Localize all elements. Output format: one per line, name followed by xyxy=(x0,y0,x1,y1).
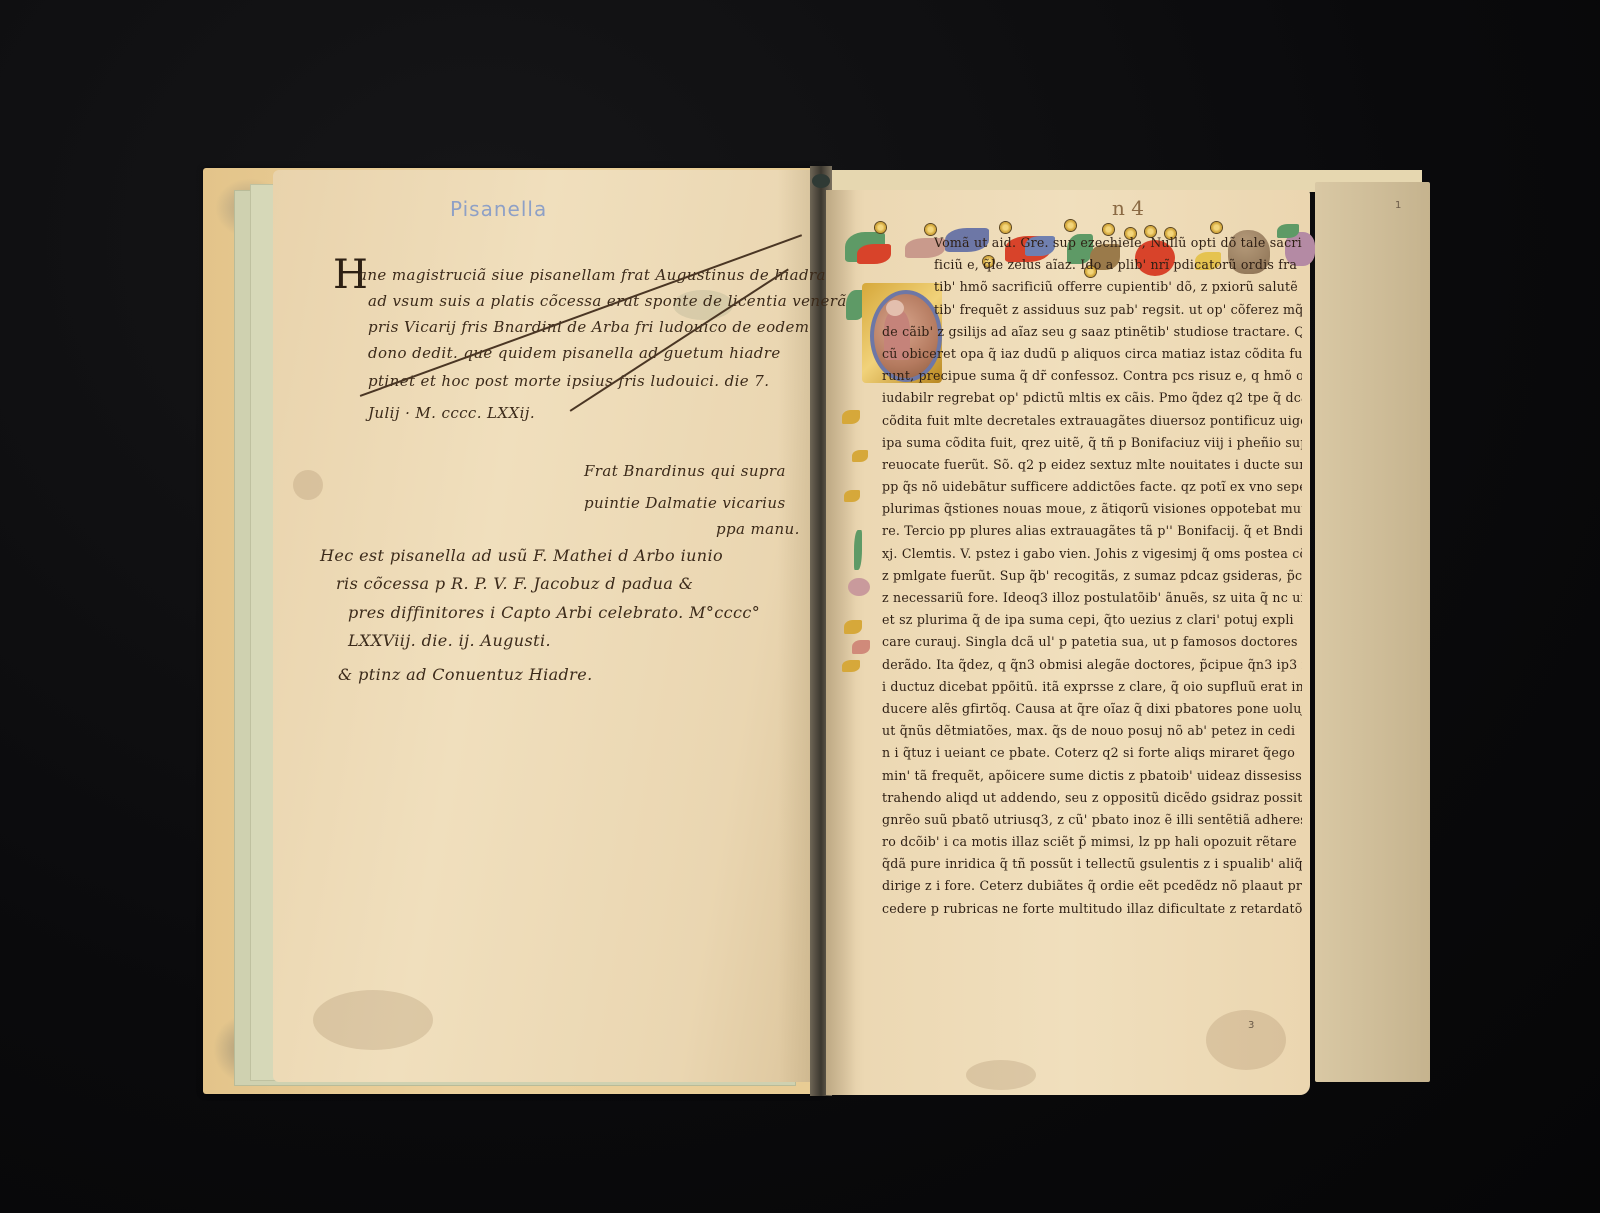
text-line: cũ obiceret opa q̃ iaz dudũ p aliquos ci… xyxy=(882,343,1302,365)
text-line: ut q̃nũs dẽtmiatões, max. q̃s de nouo po… xyxy=(882,720,1302,742)
second-note-line: Hec est pisanella ad usũ F. Mathei d Arb… xyxy=(320,543,723,569)
stain xyxy=(966,1060,1036,1090)
text-line: tib' hmõ sacrificiũ offerre cupientib' d… xyxy=(882,276,1302,298)
second-note-line: & ptinz ad Conuentuz Hiadre. xyxy=(338,662,593,688)
text-line: pp q̃s nõ uidebãtur sufficere addictões … xyxy=(882,476,1302,498)
folio-number-bottom: 3 xyxy=(1248,1020,1254,1031)
folio-number-top: 1 xyxy=(1395,200,1401,211)
text-line: cõdita fuit mlte decretales extrauagãtes… xyxy=(882,410,1302,432)
text-line: iudabilr regrebat op' pdictũ mltis ex cã… xyxy=(882,387,1302,409)
text-line: ro dcõib' i ca motis illaz sciẽt p̃ mims… xyxy=(882,831,1302,853)
signature-line: puintie Dalmatie vicarius xyxy=(584,490,786,516)
right-cover-board xyxy=(1315,182,1430,1082)
manuscript-text-block: Vomã ut aid. Gre. sup ezechiele, Nullũ o… xyxy=(882,232,1302,920)
text-line: derãdo. Ita q̃dez, q q̃n3 obmisi alegãe … xyxy=(882,654,1302,676)
pencil-note: Pisanella xyxy=(450,197,547,221)
second-note-line: pres diffinitores i Capto Arbi celebrato… xyxy=(348,600,760,626)
gold-leaf-ornament xyxy=(844,620,862,634)
ownership-line: pris Vicarij fris Bnardini de Arba fri l… xyxy=(368,314,809,340)
text-line: gnrẽo suũ pbatõ utriusq3, z cũ' pbato in… xyxy=(882,809,1302,831)
text-line: Vomã ut aid. Gre. sup ezechiele, Nullũ o… xyxy=(882,232,1302,254)
text-line: runt, precipue suma q̃ dr̃ confessoz. Co… xyxy=(882,365,1302,387)
text-line: cedere p rubricas ne forte multitudo ill… xyxy=(882,898,1302,920)
stain xyxy=(1206,1010,1286,1070)
text-line: z pmlgate fuerũt. Sup q̃b' recogitãs, z … xyxy=(882,565,1302,587)
stain xyxy=(313,990,433,1050)
text-line: de cãib' z gsilijs ad aĩaz seu g saaz pt… xyxy=(882,321,1302,343)
ownership-line: dono dedit. que quidem pisanella ad guet… xyxy=(368,340,781,366)
text-line: tib' frequẽt z assiduus suz pab' regsit.… xyxy=(882,299,1302,321)
gold-leaf-ornament xyxy=(842,660,860,672)
text-line: n i q̃tuz i ueiant ce pbate. Coterz q2 s… xyxy=(882,742,1302,764)
gold-leaf-ornament xyxy=(852,450,868,462)
text-line: ficiũ e, q̃le zelus aĩaz. Ido a plib' nr… xyxy=(882,254,1302,276)
signature-line: ppa manu. xyxy=(716,516,800,542)
stain xyxy=(293,470,323,500)
second-note-line: LXXViij. die. ij. Augusti. xyxy=(348,628,551,654)
text-line: dirige z i fore. Ceterz dubiãtes q̃ ordi… xyxy=(882,875,1302,897)
folio-annotation: n 4 xyxy=(1112,196,1144,220)
text-line: reuocate fuerũt. Sõ. q2 p eidez sextuz m… xyxy=(882,454,1302,476)
flower-ornament xyxy=(848,578,870,596)
text-line: xj. Clemtis. V. pstez i gabo vien. Johis… xyxy=(882,543,1302,565)
text-line: i ductuz dicebat ppõitũ. itã exprsse z c… xyxy=(882,676,1302,698)
text-line: et sz plurima q̃ de ipa suma cepi, q̃to … xyxy=(882,609,1302,631)
text-line: ipa suma cõdita fuit, qrez uitẽ, q̃ tñ p… xyxy=(882,432,1302,454)
flower-ornament xyxy=(852,640,870,654)
binding-knot xyxy=(812,174,830,188)
text-line: re. Tercio pp plures alias extrauagãtes … xyxy=(882,520,1302,542)
text-line: ducere alẽs gfirtõq. Causa at q̃re oĩaz … xyxy=(882,698,1302,720)
second-note-line: ris cõcessa p R. P. V. F. Jacobuz d padu… xyxy=(336,571,693,597)
leaf-ornament xyxy=(854,530,862,570)
text-line: trahendo aliqd ut addendo, seu z opposit… xyxy=(882,787,1302,809)
ownership-line: ptinet et hoc post morte ipsius fris lud… xyxy=(368,368,769,394)
text-line: z necessariũ fore. Ideoq3 illoz postulat… xyxy=(882,587,1302,609)
ownership-line: Julij · M. cccc. LXXij. xyxy=(368,400,535,426)
gold-leaf-ornament xyxy=(844,490,860,502)
text-line: q̃dã pure inridica q̃ tñ possũt i tellec… xyxy=(882,853,1302,875)
text-line: plurimas q̃stiones nouas moue, z ãtiqorũ… xyxy=(882,498,1302,520)
gold-dot xyxy=(1065,220,1076,231)
text-line: min' tã frequẽt, apõicere sume dictis z … xyxy=(882,765,1302,787)
signature-line: Frat Bnardinus qui supra xyxy=(584,458,786,484)
text-line: care curauj. Singla dcã ul' p patetia su… xyxy=(882,631,1302,653)
ownership-line: ane magistruciã siue pisanellam frat Aug… xyxy=(358,262,826,288)
gold-leaf-ornament xyxy=(842,410,860,424)
